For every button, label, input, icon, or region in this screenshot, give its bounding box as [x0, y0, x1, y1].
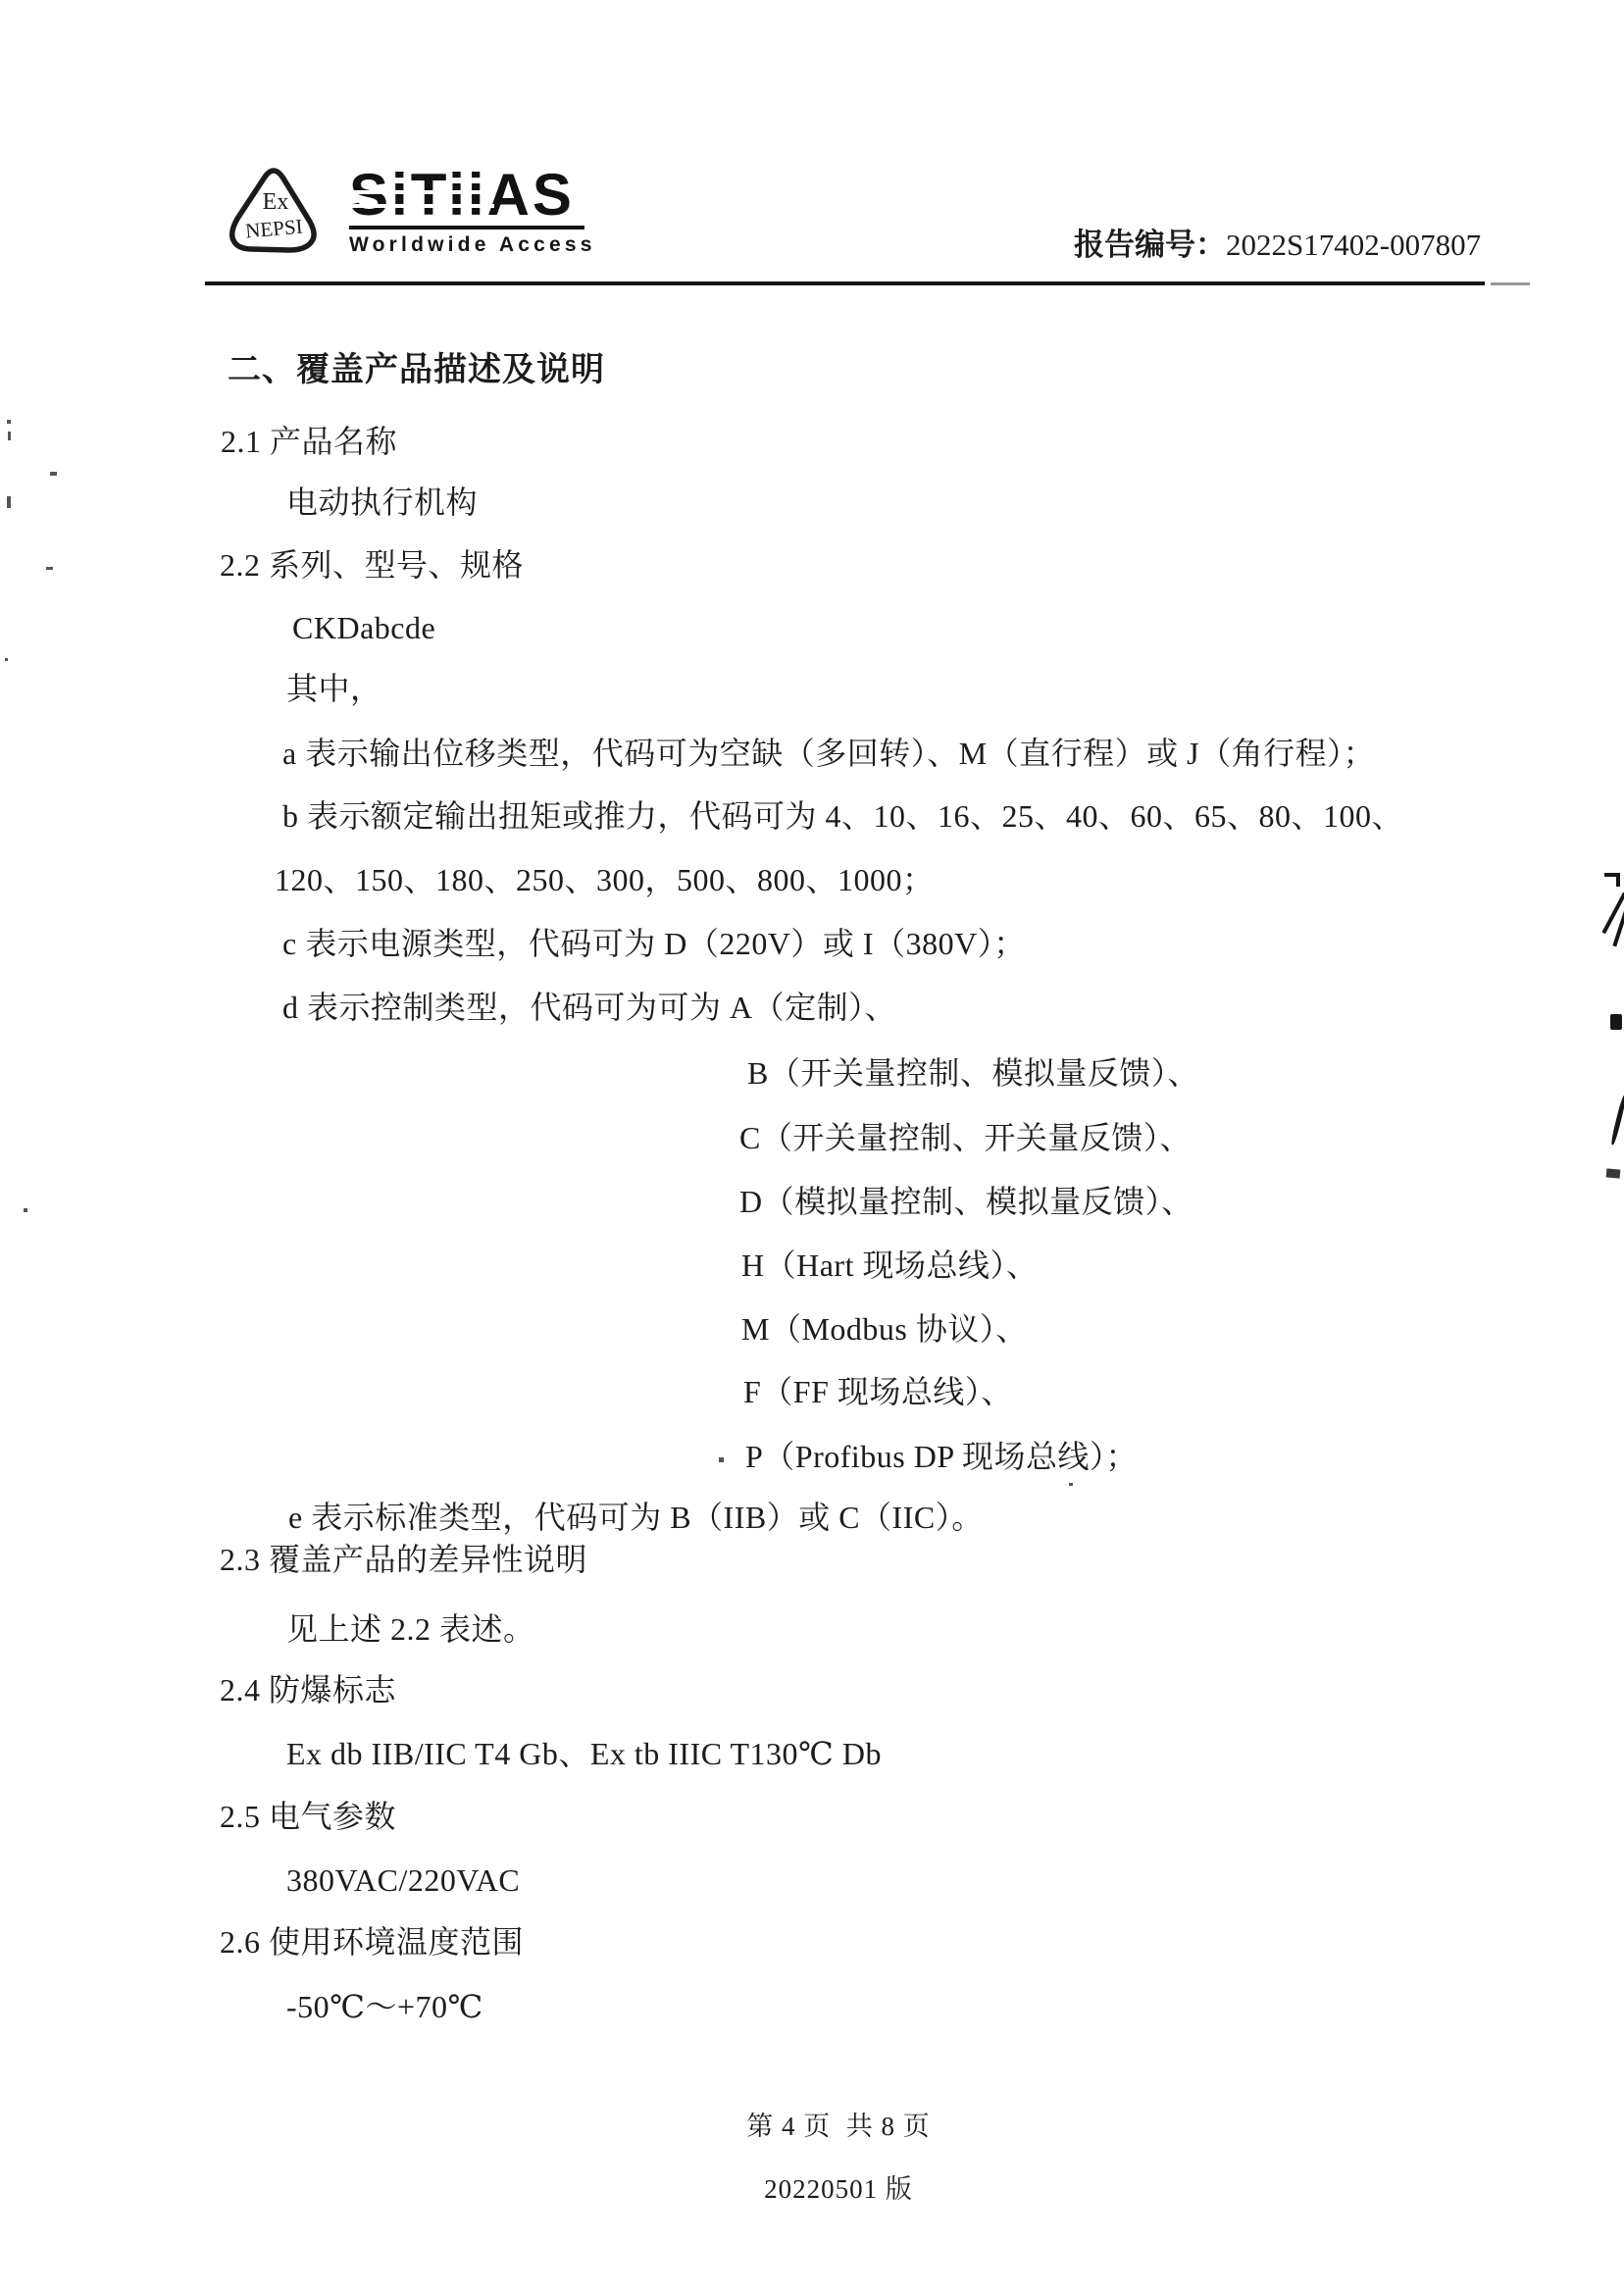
code-d-option-p: P（Profibus DP 现场总线）； — [745, 1437, 1138, 1476]
logo-nepsi-text: NEPSI — [244, 215, 303, 243]
code-d-description: d 表示控制类型，代码可为可为 A（定制）、 — [282, 988, 896, 1027]
code-d-option-h: H（Hart 现场总线）、 — [741, 1246, 1038, 1285]
ex-marking: Ex db IIB/IIC T4 Gb、Ex tb IIIC T130℃ Db — [286, 1734, 882, 1773]
report-number: 报告编号：2022S17402-007807 — [1074, 220, 1481, 264]
difference-note: 见上述 2.2 表述。 — [286, 1609, 535, 1649]
scan-speck — [24, 1208, 27, 1212]
model-code-intro: 其中， — [286, 669, 382, 708]
code-d-option-d: D（模拟量控制、模拟量反馈）、 — [739, 1182, 1193, 1221]
sitiias-logo: SiTiiAS Worldwide Access — [349, 167, 604, 257]
code-d-option-f: F（FF 现场总线）、 — [743, 1372, 1013, 1411]
scan-speck — [7, 496, 11, 508]
code-b-continuation: 120、150、180、250、300，500、800、1000； — [275, 860, 935, 899]
scan-speck — [50, 472, 57, 476]
header-divider — [205, 281, 1485, 285]
product-name: 电动执行机构 — [286, 483, 478, 522]
code-a-description: a 表示输出位移类型，代码可为空缺（多回转）、M（直行程）或 J（角行程）； — [282, 734, 1375, 773]
scan-speck — [719, 1457, 724, 1462]
scan-artifact — [1616, 875, 1620, 887]
electrical-params: 380VAC/220VAC — [286, 1860, 520, 1900]
wordmark-stencil-cut — [349, 204, 494, 208]
code-b-description: b 表示额定输出扭矩或推力，代码可为 4、10、16、25、40、60、65、8… — [282, 796, 1403, 836]
section-2-5-title: 2.5 电气参数 — [220, 1797, 396, 1836]
section-2-2-title: 2.2 系列、型号、规格 — [220, 545, 524, 585]
model-code: CKDabcde — [292, 608, 435, 647]
ex-nepsi-triangle-icon: Ex NEPSI — [220, 163, 330, 263]
section-2-6-title: 2.6 使用环境温度范围 — [220, 1922, 524, 1962]
code-c-description: c 表示电源类型，代码可为 D（220V）或 I（380V）； — [282, 924, 1026, 963]
code-d-option-m: M（Modbus 协议）、 — [741, 1309, 1028, 1349]
brand-tagline: Worldwide Access — [349, 233, 604, 257]
section-2-3-title: 2.3 覆盖产品的差异性说明 — [220, 1540, 587, 1579]
page-number: 第 4 页 共 8 页 — [206, 2105, 1471, 2143]
code-d-option-b: B（开关量控制、模拟量反馈）、 — [747, 1053, 1199, 1093]
section-2-4-title: 2.4 防爆标志 — [220, 1670, 396, 1709]
logo-ex-text: Ex — [263, 189, 289, 215]
section-2-1-title: 2.1 产品名称 — [221, 422, 397, 461]
wordmark-stencil-cut — [349, 190, 494, 194]
temperature-range: -50℃～+70℃ — [286, 1987, 483, 2026]
header-divider-fragment — [1491, 282, 1530, 285]
scan-speck — [1069, 1483, 1073, 1486]
scan-speck — [46, 567, 53, 570]
brand-wordmark: SiTiiAS — [349, 167, 604, 224]
scan-artifact — [1610, 1095, 1624, 1146]
document-version: 20220501 版 — [206, 2167, 1471, 2206]
scan-speck — [7, 420, 11, 424]
section-heading: 二、覆盖产品描述及说明 — [228, 351, 605, 390]
scan-speck — [5, 658, 8, 661]
code-d-option-c: C（开关量控制、开关量反馈）、 — [739, 1118, 1192, 1157]
scan-artifact — [1610, 1014, 1622, 1030]
scan-artifact — [1606, 1168, 1621, 1178]
report-number-label: 报告编号： — [1074, 228, 1226, 262]
code-e-description: e 表示标准类型，代码可为 B（IIB）或 C（IIC）。 — [288, 1498, 984, 1537]
scan-speck — [8, 432, 11, 440]
report-number-value: 2022S17402-007807 — [1226, 228, 1481, 262]
document-page: Ex NEPSI SiTiiAS Worldwide Access 报告编号：2… — [0, 0, 1624, 2293]
